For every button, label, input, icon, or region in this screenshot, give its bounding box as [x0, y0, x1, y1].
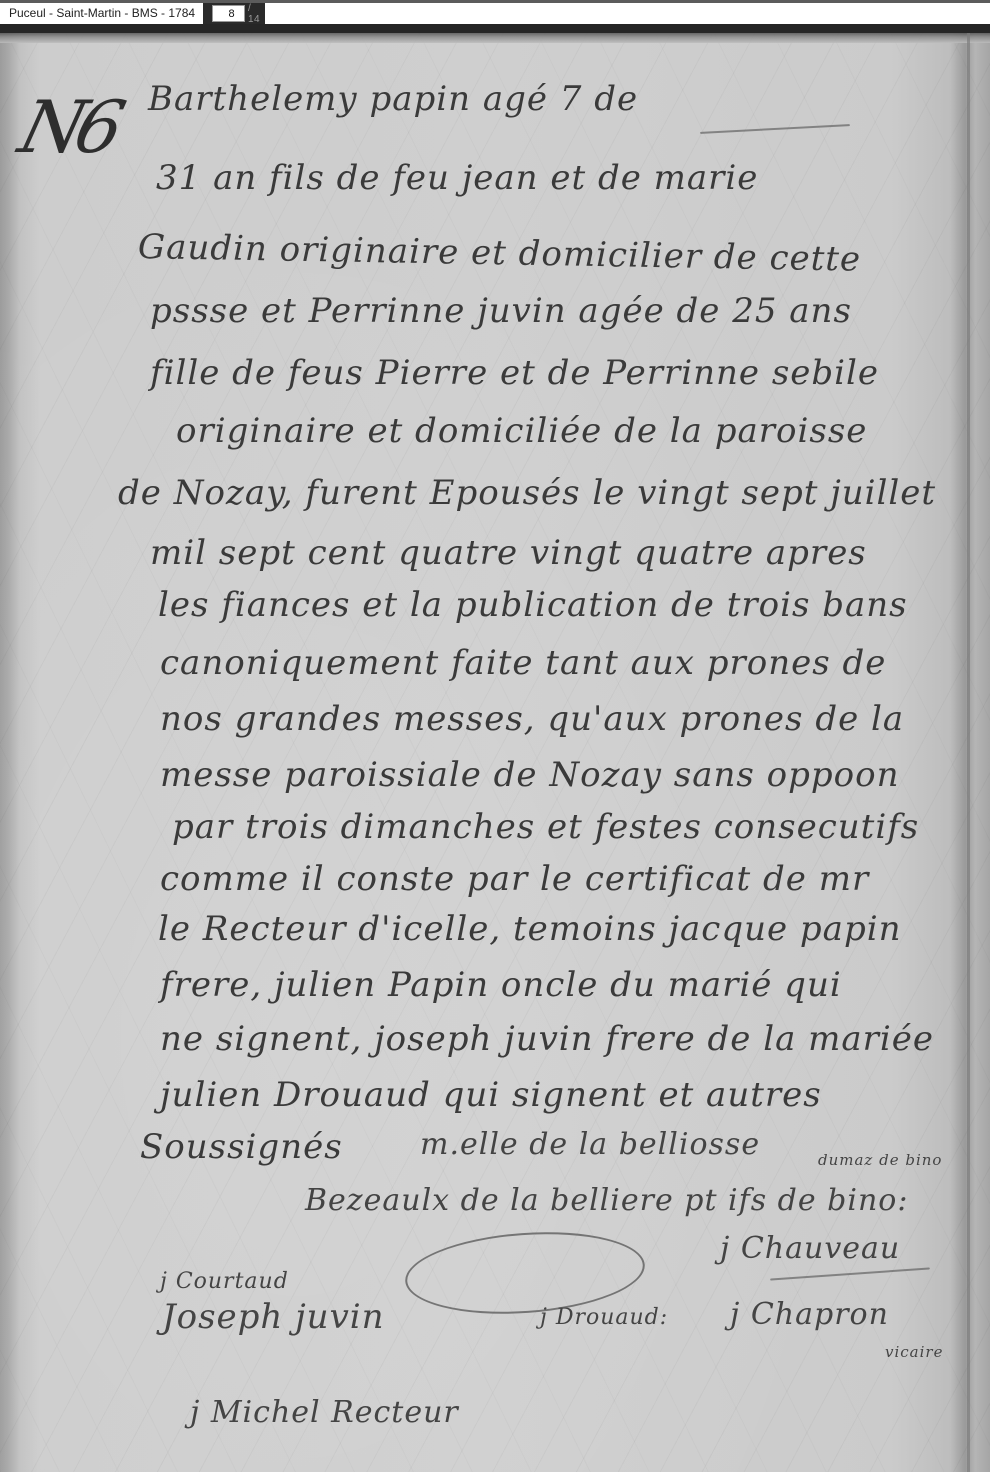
record-line: pssse et Perrinne juvin agée de 25 ans [150, 291, 852, 331]
record-line: messe paroissiale de Nozay sans oppoon [160, 755, 899, 795]
signature: j Chapron [730, 1297, 889, 1332]
record-line: frere, julien Papin oncle du marié qui [160, 965, 842, 1005]
page-number-input[interactable] [212, 5, 245, 22]
document-scan-viewport[interactable]: N6 Barthelemy papin agé 7 de 31 an fils … [0, 33, 990, 1472]
page-top-edge [0, 33, 990, 43]
record-line: originaire et domiciliée de la paroisse [176, 411, 867, 451]
record-line: 31 an fils de feu jean et de marie [156, 158, 758, 198]
record-line: comme il conste par le certificat de mr [160, 859, 869, 899]
signature-title: vicaire [885, 1343, 943, 1361]
page-navigator: / 14 [203, 3, 265, 24]
record-line: nos grandes messes, qu'aux prones de la [160, 699, 904, 739]
signature: j Drouaud: [540, 1305, 668, 1330]
record-line: Soussignés [140, 1127, 343, 1167]
signature: dumaz de bino [818, 1151, 942, 1169]
signature: Joseph juvin [162, 1297, 385, 1337]
viewer-toolbar: Puceul - Saint-Martin - BMS - 1784 / 14 [0, 3, 990, 24]
record-line: les fiances et la publication de trois b… [158, 585, 908, 625]
toolbar-divider [0, 24, 990, 33]
page-binding-edge [967, 33, 970, 1472]
record-line: le Recteur d'icelle, temoins jacque papi… [158, 909, 901, 949]
record-line: fille de feus Pierre et de Perrinne sebi… [150, 353, 879, 393]
signature: Bezeaulx de la belliere pt ifs de bino: [305, 1183, 908, 1218]
signature: j Chauveau [720, 1231, 900, 1266]
signature: j Michel Recteur [190, 1395, 459, 1430]
toolbar-spacer [265, 3, 990, 24]
signature: j Courtaud [160, 1269, 289, 1294]
record-line: canoniquement faite tant aux prones de [160, 643, 886, 683]
record-line: par trois dimanches et festes consecutif… [172, 807, 919, 847]
record-line: Barthelemy papin agé 7 de [148, 79, 638, 119]
signature: m.elle de la belliosse [420, 1127, 760, 1162]
record-line: mil sept cent quatre vingt quatre apres [150, 533, 867, 573]
record-line: de Nozay, furent Epousés le vingt sept j… [118, 473, 936, 513]
document-title: Puceul - Saint-Martin - BMS - 1784 [0, 3, 203, 24]
record-line: julien Drouaud qui signent et autres [160, 1075, 822, 1115]
record-line: ne signent, joseph juvin frere de la mar… [160, 1019, 934, 1059]
page-total-count: / 14 [248, 3, 265, 25]
